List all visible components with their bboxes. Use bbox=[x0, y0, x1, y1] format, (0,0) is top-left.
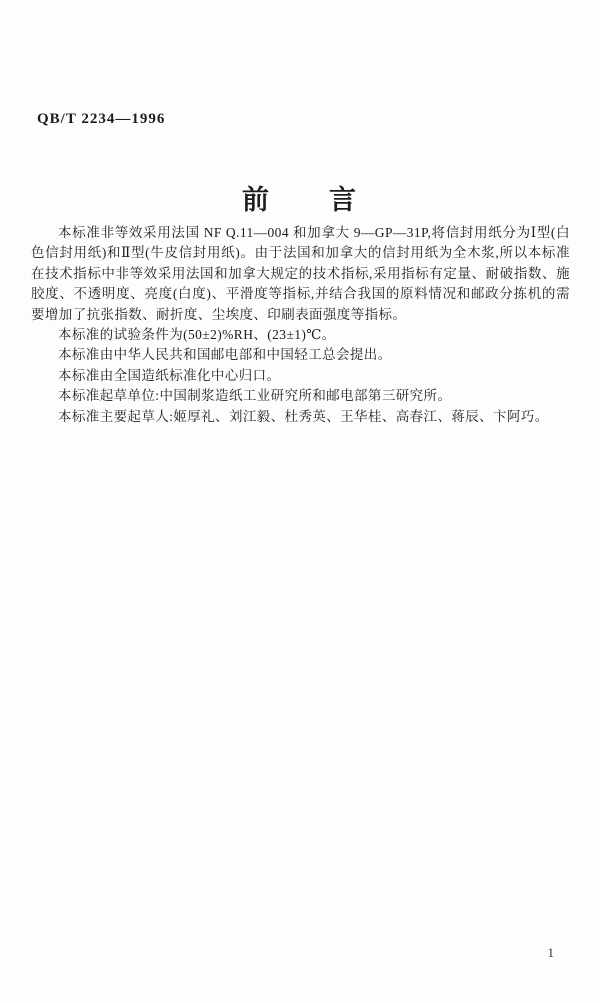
foreword-paragraph: 本标准的试验条件为(50±2)%RH、(23±1)℃。 bbox=[31, 325, 570, 345]
standard-code: QB/T 2234—1996 bbox=[37, 111, 165, 128]
foreword-paragraph: 本标准由全国造纸标准化中心归口。 bbox=[31, 366, 570, 386]
foreword-paragraph: 本标准非等效采用法国 NF Q.11—004 和加拿大 9—GP—31P,将信封… bbox=[31, 223, 570, 325]
page-title: 前 言 bbox=[0, 178, 600, 217]
foreword-paragraph: 本标准主要起草人:姬厚礼、刘江毅、杜秀英、王华桂、高春江、蒋辰、卞阿巧。 bbox=[31, 407, 570, 427]
page-number: 1 bbox=[548, 945, 555, 961]
foreword-body: 本标准非等效采用法国 NF Q.11—004 和加拿大 9—GP—31P,将信封… bbox=[31, 223, 570, 427]
document-page: QB/T 2234—1996 前 言 本标准非等效采用法国 NF Q.11—00… bbox=[0, 0, 600, 1003]
foreword-paragraph: 本标准由中华人民共和国邮电部和中国轻工总会提出。 bbox=[31, 345, 570, 365]
foreword-paragraph: 本标准起草单位:中国制浆造纸工业研究所和邮电部第三研究所。 bbox=[31, 386, 570, 406]
